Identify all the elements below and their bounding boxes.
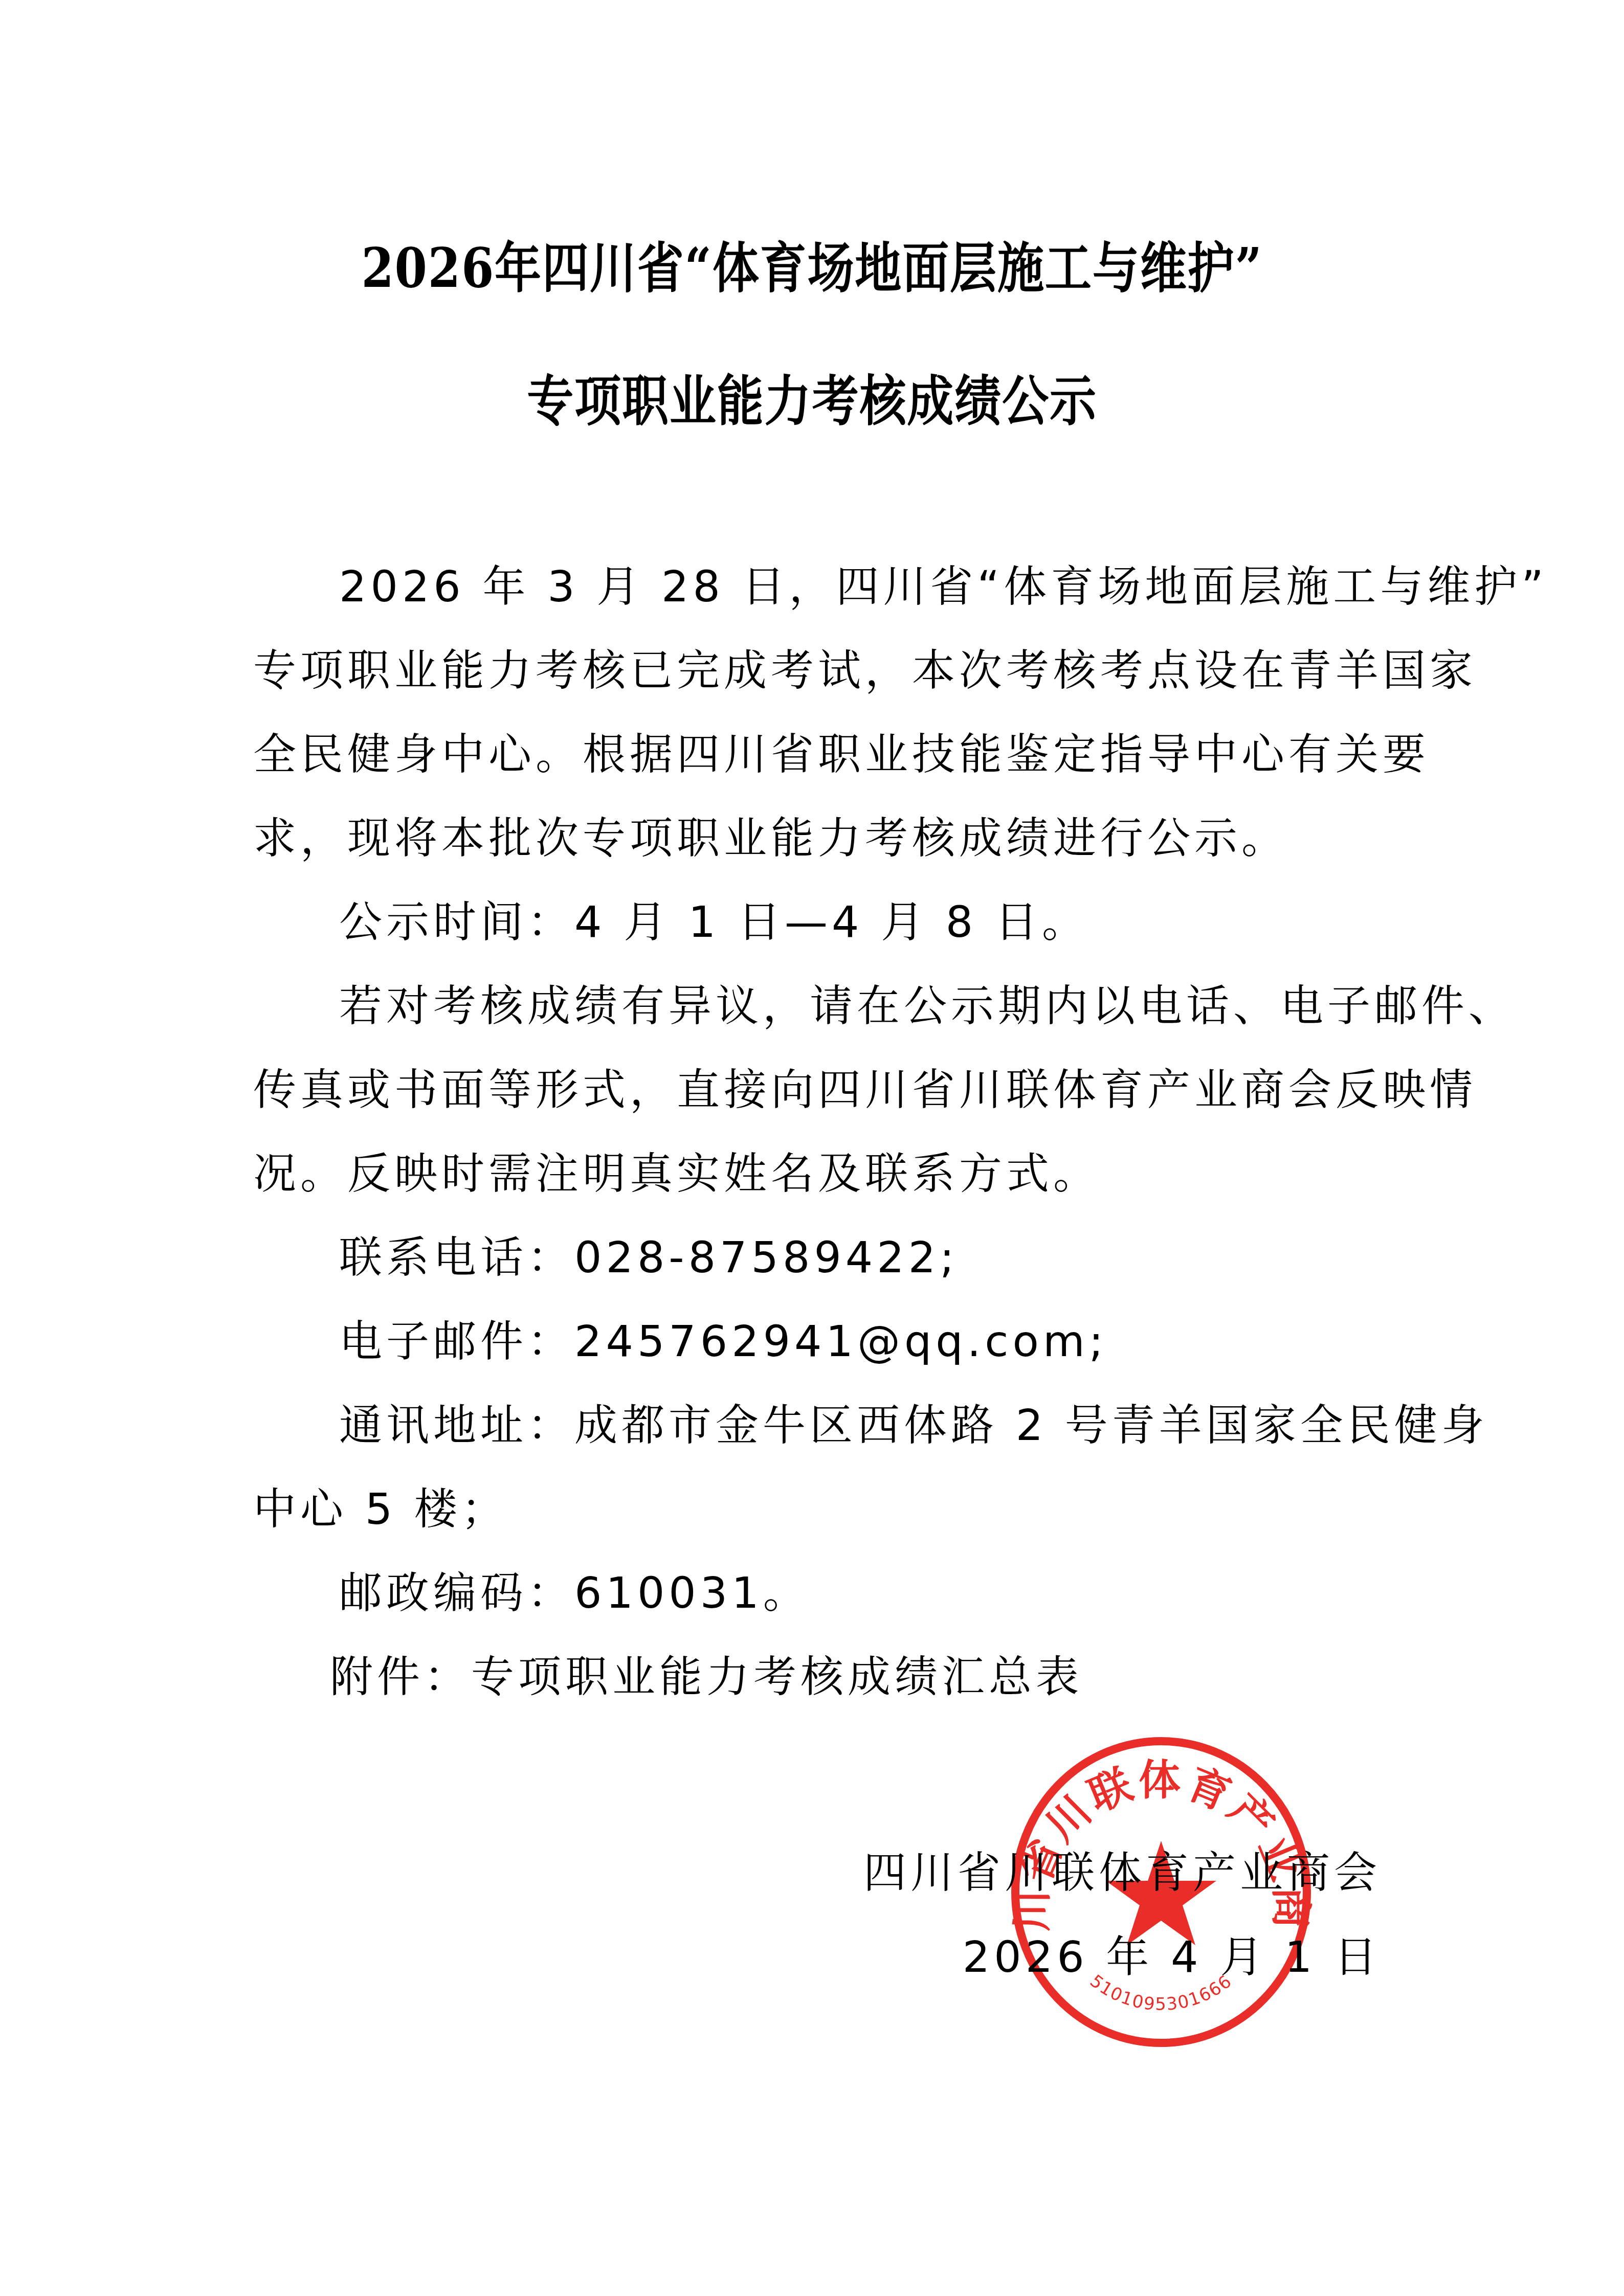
address-line-1: 通讯地址：成都市金牛区西体路 2 号青羊国家全民健身 — [253, 1383, 1378, 1467]
address-line-2: 中心 5 楼； — [253, 1467, 1378, 1551]
signature-organization: 四川省川联体育产业商会 — [863, 1838, 1381, 1900]
objection-line-3: 况。反映时需注明真实姓名及联系方式。 — [253, 1132, 1378, 1215]
intro-line-2: 专项职业能力考核已完成考试，本次考核考点设在青羊国家 — [253, 628, 1378, 712]
intro-line-4: 求，现将本批次专项职业能力考核成绩进行公示。 — [253, 796, 1378, 880]
body-text: 2026 年 3 月 28 日，四川省“体育场地面层施工与维护” 专项职业能力考… — [253, 545, 1378, 1719]
contact-email: 电子邮件：245762941@qq.com; — [253, 1299, 1378, 1383]
intro-line-1: 2026 年 3 月 28 日，四川省“体育场地面层施工与维护” — [253, 545, 1378, 628]
objection-line-1: 若对考核成绩有异议，请在公示期内以电话、电子邮件、 — [253, 964, 1378, 1048]
postcode: 邮政编码：610031。 — [253, 1551, 1378, 1635]
signature-date: 2026 年 4 月 1 日 — [963, 1923, 1381, 1985]
attachment-line: 附件：专项职业能力考核成绩汇总表 — [253, 1635, 1378, 1719]
document-page: 2026年四川省“体育场地面层施工与维护” 专项职业能力考核成绩公示 2026 … — [0, 0, 1624, 2296]
title-line-1: 2026年四川省“体育场地面层施工与维护” — [114, 225, 1510, 303]
publicity-period: 公示时间：4 月 1 日—4 月 8 日。 — [253, 880, 1378, 964]
objection-line-2: 传真或书面等形式，直接向四川省川联体育产业商会反映情 — [253, 1048, 1378, 1132]
title-line-2: 专项职业能力考核成绩公示 — [114, 358, 1510, 436]
intro-line-3: 全民健身中心。根据四川省职业技能鉴定指导中心有关要 — [253, 712, 1378, 796]
contact-phone: 联系电话：028-87589422; — [253, 1215, 1378, 1299]
